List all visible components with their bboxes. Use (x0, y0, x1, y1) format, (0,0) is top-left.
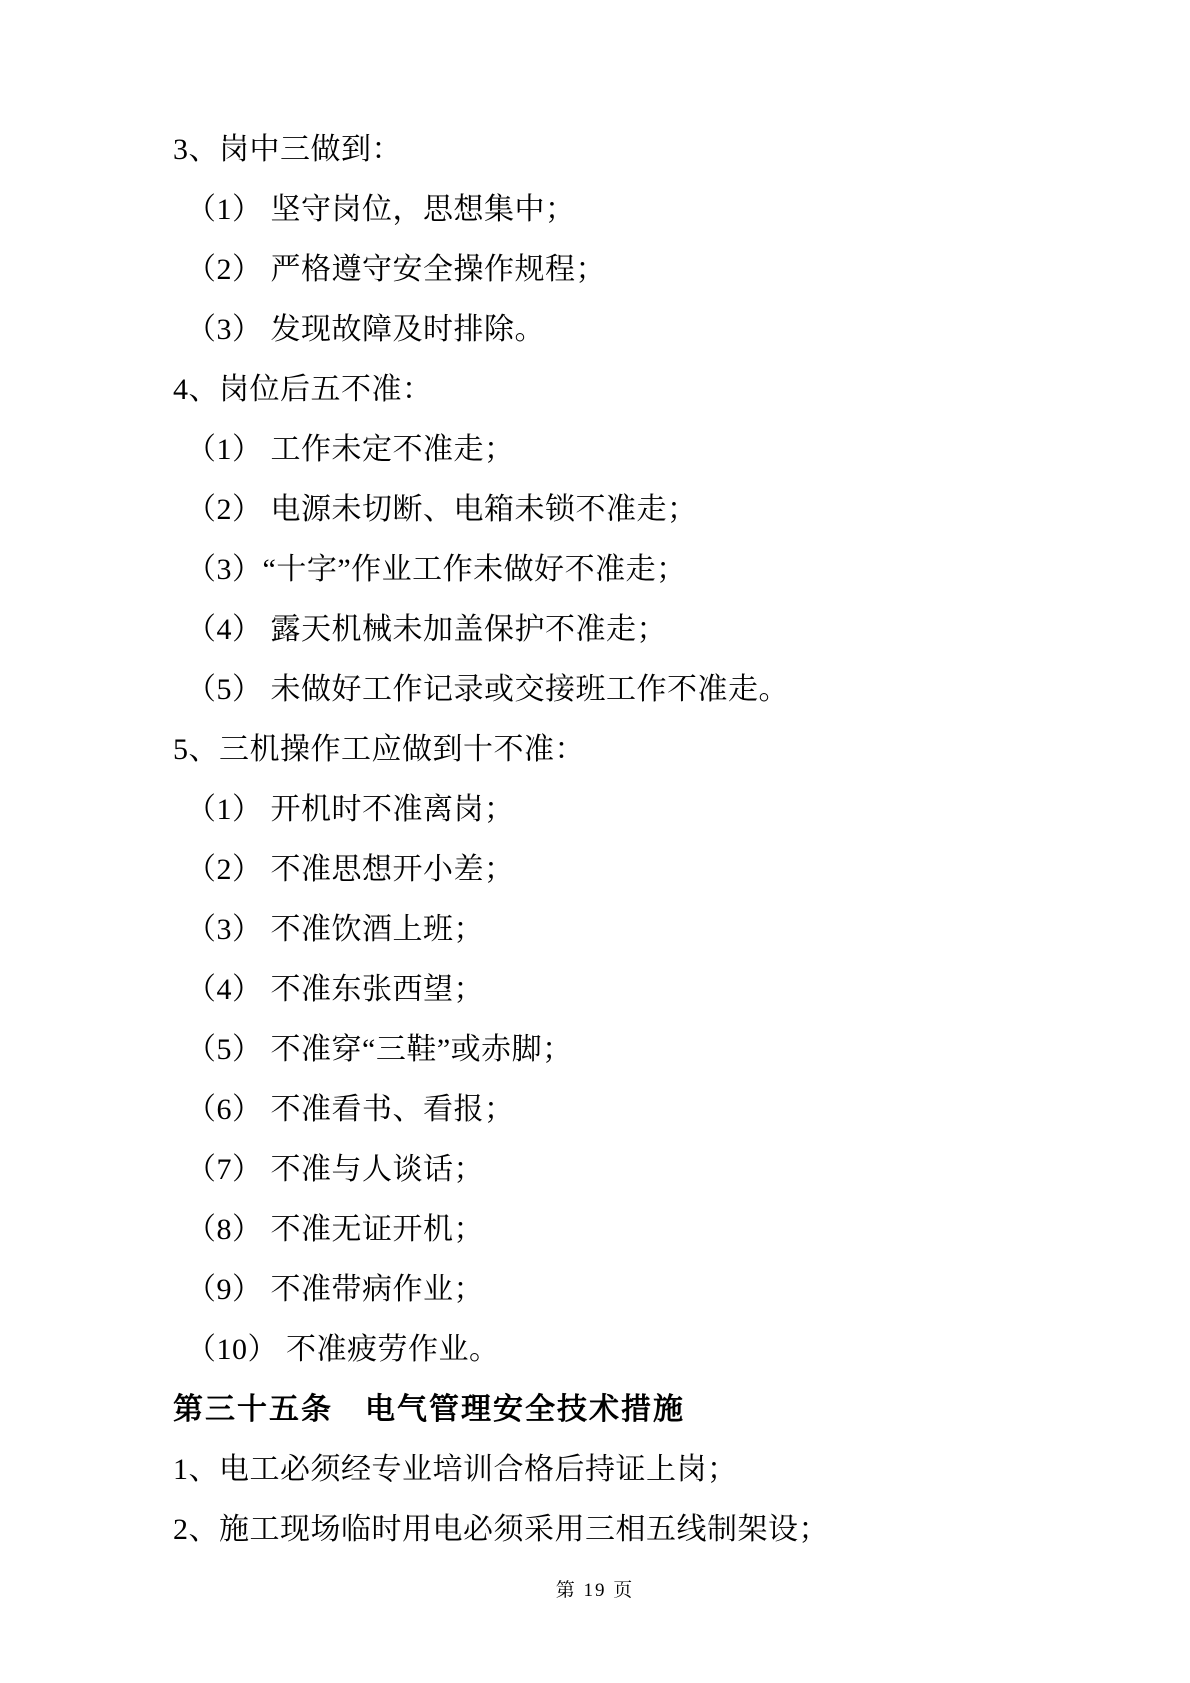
article-heading: 第三十五条 电气管理安全技术措施 (0, 1380, 1190, 1440)
list-item-line: 2、施工现场临时用电必须采用三相五线制架设； (0, 1500, 1190, 1560)
document-page: 3、岗中三做到： （1） 坚守岗位，思想集中； （2） 严格遵守安全操作规程； … (0, 0, 1190, 1683)
sub-item-line: （1） 工作未定不准走； (0, 420, 1190, 480)
list-item-line: 5、三机操作工应做到十不准： (0, 720, 1190, 780)
sub-item-line: （6） 不准看书、看报； (0, 1080, 1190, 1140)
sub-item-line: （4） 露天机械未加盖保护不准走； (0, 600, 1190, 660)
list-item-line: 3、岗中三做到： (0, 120, 1190, 180)
sub-item-line: （3） 不准饮酒上班； (0, 900, 1190, 960)
document-body: 3、岗中三做到： （1） 坚守岗位，思想集中； （2） 严格遵守安全操作规程； … (0, 0, 1190, 1560)
sub-item-line: （2） 不准思想开小差； (0, 840, 1190, 900)
sub-item-line: （10） 不准疲劳作业。 (0, 1320, 1190, 1380)
sub-item-line: （8） 不准无证开机； (0, 1200, 1190, 1260)
sub-item-line: （2） 电源未切断、电箱未锁不准走； (0, 480, 1190, 540)
sub-item-line: （4） 不准东张西望； (0, 960, 1190, 1020)
list-item-line: 1、电工必须经专业培训合格后持证上岗； (0, 1440, 1190, 1500)
sub-item-line: （5） 不准穿“三鞋”或赤脚； (0, 1020, 1190, 1080)
sub-item-line: （7） 不准与人谈话； (0, 1140, 1190, 1200)
sub-item-line: （9） 不准带病作业； (0, 1260, 1190, 1320)
sub-item-line: （1） 坚守岗位，思想集中； (0, 180, 1190, 240)
list-item-line: 4、岗位后五不准： (0, 360, 1190, 420)
sub-item-line: （3） 发现故障及时排除。 (0, 300, 1190, 360)
sub-item-line: （1） 开机时不准离岗； (0, 780, 1190, 840)
sub-item-line: （5） 未做好工作记录或交接班工作不准走。 (0, 660, 1190, 720)
sub-item-line: （2） 严格遵守安全操作规程； (0, 240, 1190, 300)
sub-item-line: （3）“十字”作业工作未做好不准走； (0, 540, 1190, 600)
page-number: 第 19 页 (0, 1576, 1190, 1606)
